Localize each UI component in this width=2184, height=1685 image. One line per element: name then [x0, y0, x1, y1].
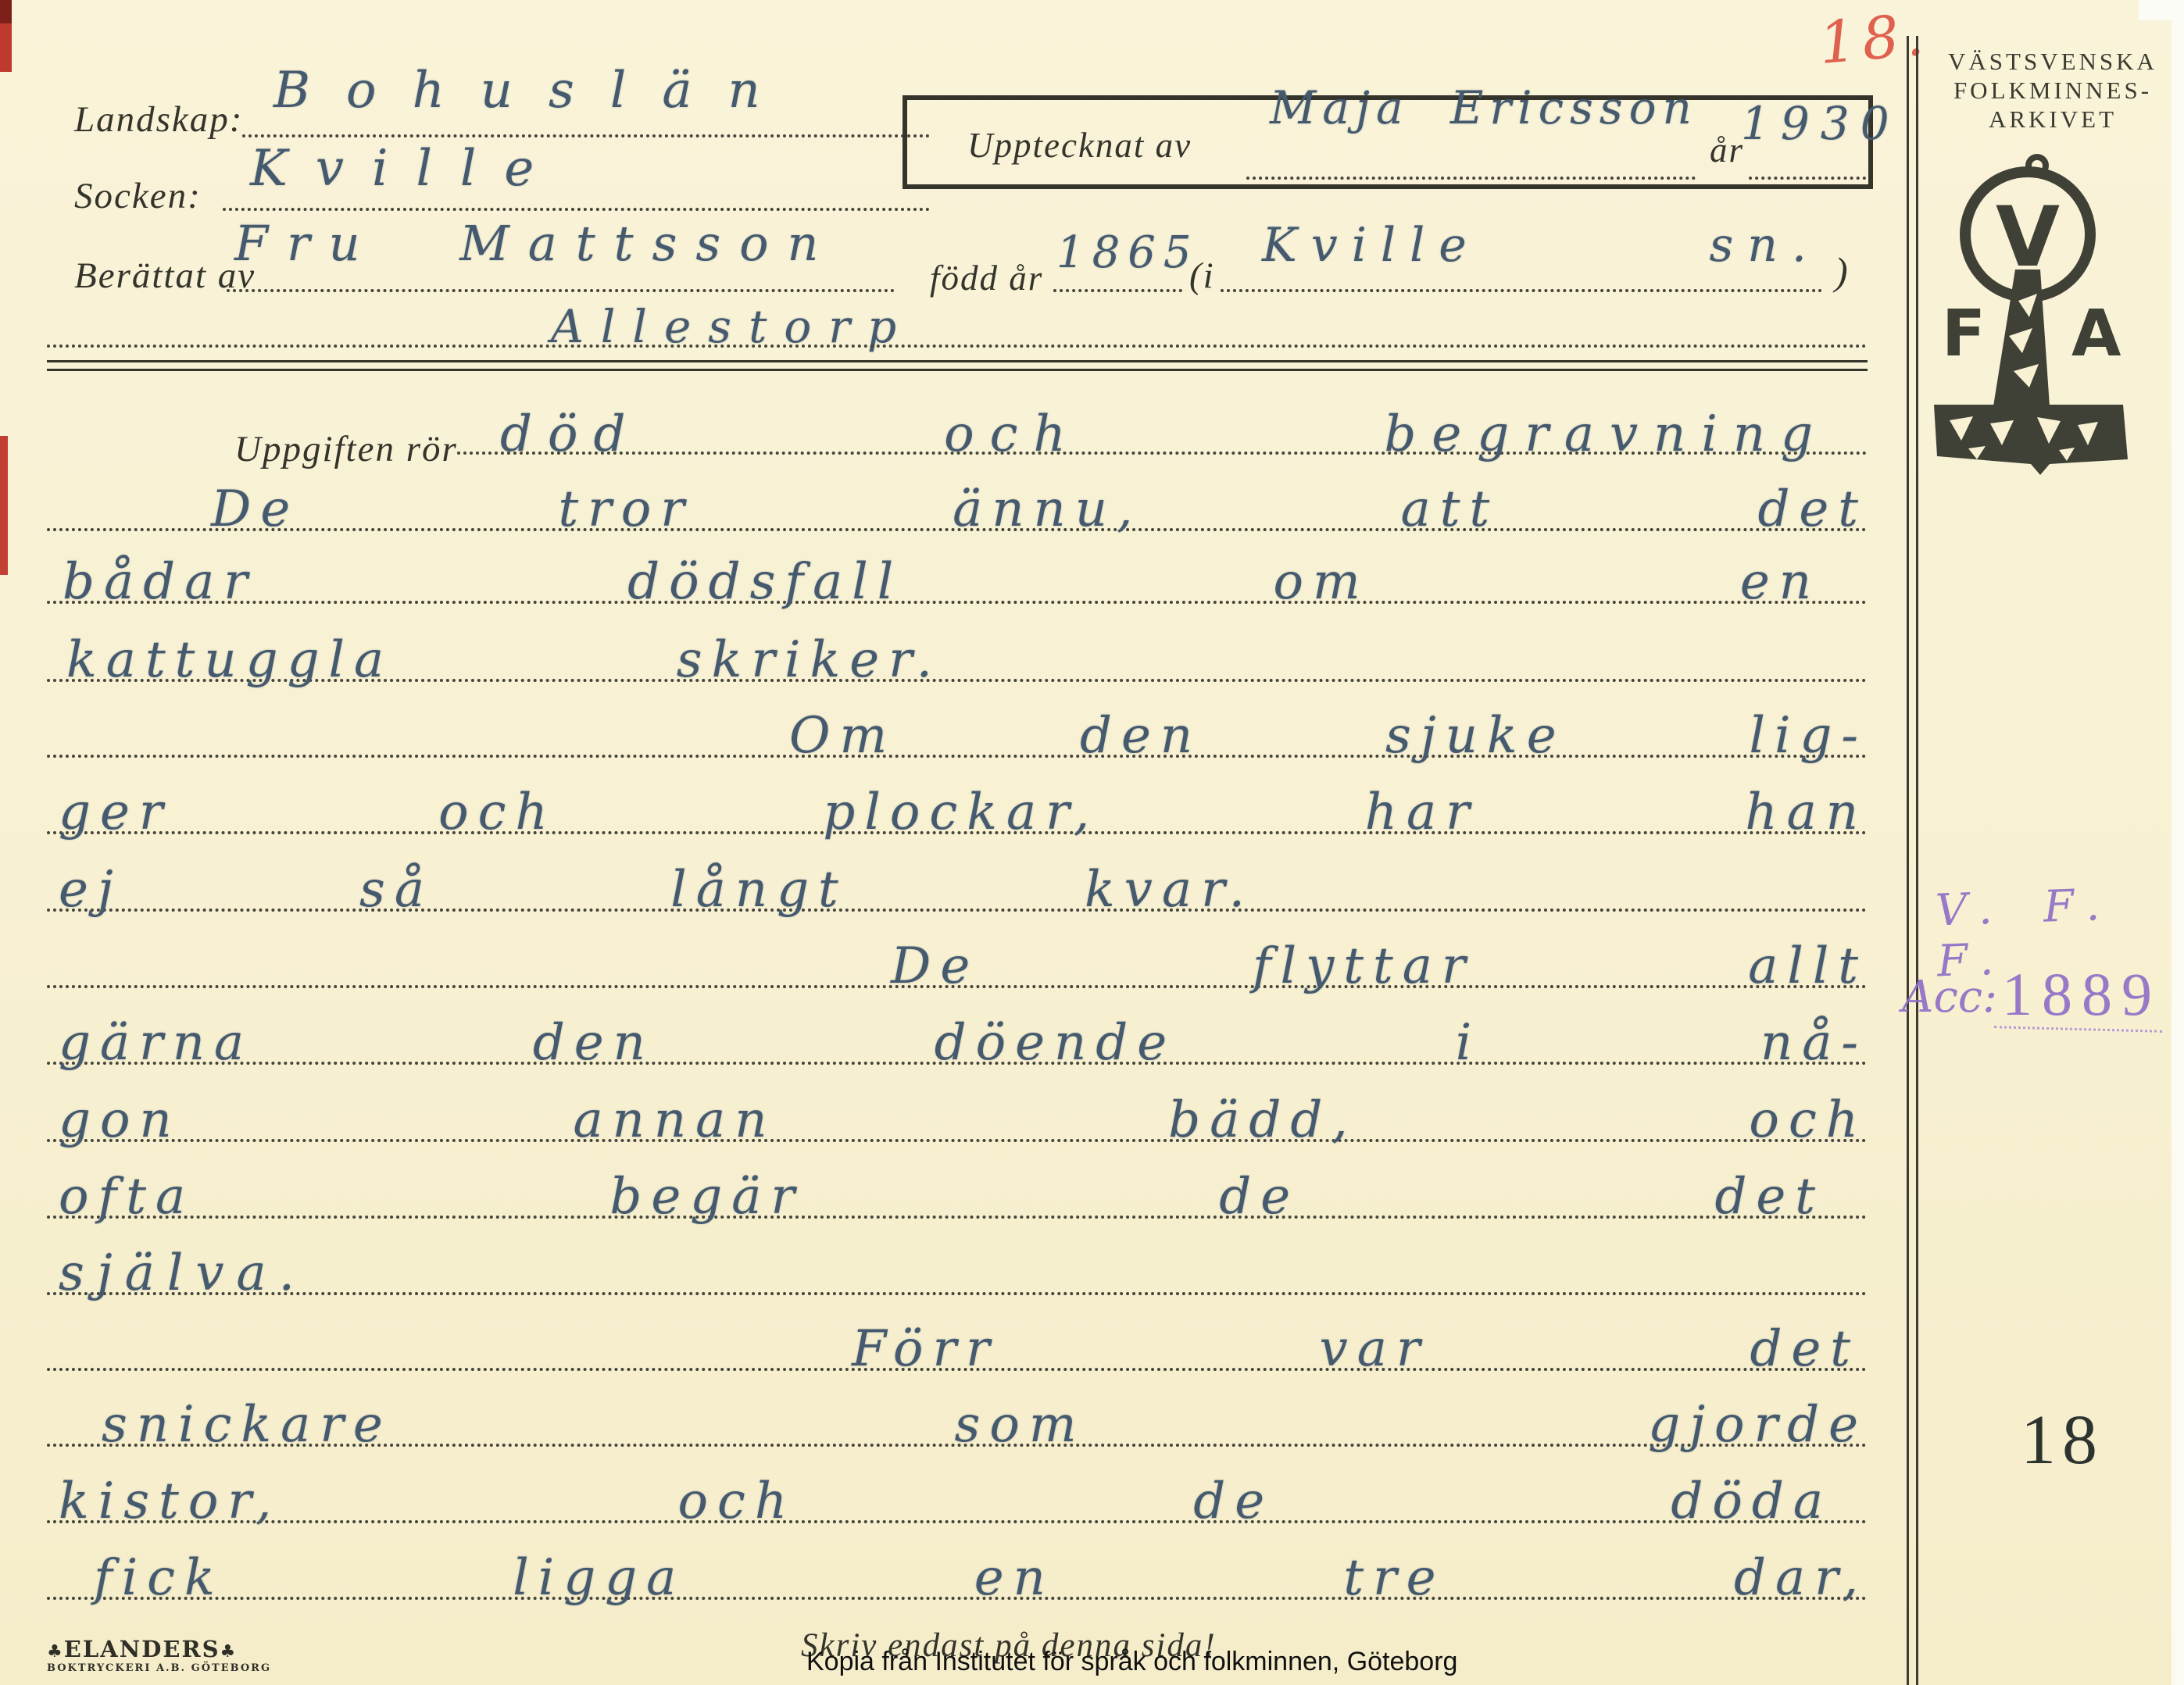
margin-rule: [1907, 36, 1909, 1685]
printer-ornament-icon: ♣: [220, 1641, 238, 1662]
handwritten-line: gon annan bädd, och: [59, 1092, 1868, 1148]
stamp-acc-label: Acc:: [1902, 972, 1997, 1023]
ruled-line: [1221, 289, 1822, 292]
upptecknat-value: Maja Ericsson: [1270, 80, 1698, 136]
ruled-line: [223, 208, 930, 211]
berattat-value: Fru Mattsson: [234, 216, 837, 272]
handwritten-line: ofta begär de det: [59, 1169, 1825, 1225]
page-number: 18: [2021, 1400, 2104, 1480]
paren-close: ): [1835, 248, 1850, 294]
fodd-label: född år: [930, 258, 1043, 298]
ruled-line: [242, 134, 930, 137]
handwritten-line: De flyttar allt: [891, 938, 1868, 994]
printer-name: ELANDERS: [64, 1636, 220, 1662]
handwritten-line: ej så långt kvar.: [59, 862, 1254, 918]
handwritten-line: kattuggla skriker.: [66, 632, 942, 688]
landskap-label: Landskap:: [74, 98, 243, 141]
socken-label: Socken:: [74, 175, 202, 217]
handwritten-line: fick ligga en tre dar,: [94, 1550, 1868, 1606]
archive-name-line2: FOLKMINNES-: [1924, 76, 2182, 105]
logo-letter-f: F: [1942, 297, 1986, 371]
handwritten-line: Om den sjuke lig-: [789, 708, 1868, 764]
handwritten-line: snickare som gjorde: [102, 1397, 1868, 1453]
year-label: år: [1710, 130, 1744, 170]
ruled-line: [47, 1292, 1868, 1295]
uppgiften-label: Uppgiften rör: [234, 428, 458, 470]
scan-artifact: [2171, 0, 2184, 1685]
handwritten-line: Förr var det: [852, 1321, 1860, 1377]
printer-detail: BOKTRYCKERI A.B. GÖTEBORG: [47, 1662, 271, 1674]
archive-name-line1: VÄSTSVENSKA: [1924, 47, 2182, 76]
handwritten-line: ger och plockar, har han: [59, 784, 1868, 841]
double-rule: [47, 360, 1868, 371]
uppgiften-value: död och begravning: [500, 406, 1828, 462]
archive-name: VÄSTSVENSKA FOLKMINNES- ARKIVET: [1924, 47, 2182, 134]
ruled-line: [1749, 177, 1866, 180]
socken-value: Kville: [250, 141, 562, 197]
scan-artifact: [2139, 0, 2184, 20]
printer-ornament-icon: ♣: [47, 1641, 64, 1662]
printer-mark: ♣ELANDERS♣ BOKTRYCKERI A.B. GÖTEBORG: [47, 1636, 271, 1674]
ruled-line: [227, 289, 895, 292]
handwritten-line: kistor, och de döda: [59, 1473, 1832, 1530]
scan-artifact: [0, 436, 8, 575]
handwritten-line: De tror ännu, att det: [211, 481, 1868, 537]
ruled-line: [1246, 177, 1696, 180]
handwritten-line: bådar dödsfall om en: [63, 554, 1821, 610]
archive-logo-thors-hammer-icon: V F A: [1918, 148, 2161, 492]
red-page-number: 18.: [1817, 6, 1932, 72]
scanned-document: 18. Landskap: Bohuslän Socken: Kville Up…: [0, 0, 2184, 1685]
archive-name-line3: ARKIVET: [1924, 105, 2182, 134]
handwritten-line: gärna den döende i nå-: [59, 1015, 1868, 1071]
scan-artifact: [0, 0, 12, 23]
copy-note: Kopia från Institutet för språk och folk…: [806, 1647, 1457, 1677]
logo-letter-a: A: [2071, 297, 2121, 371]
ruled-line: [1053, 289, 1182, 292]
upptecknat-label: Upptecknat av: [967, 125, 1192, 166]
landskap-value: Bohuslän: [273, 62, 796, 119]
stamp-acc-number: 1889: [2002, 959, 2161, 1030]
fodd-value: 1865: [1056, 225, 1199, 281]
year-value: 1930: [1741, 95, 1900, 152]
handwritten-line: själva.: [59, 1245, 307, 1301]
paren-open: (i: [1189, 255, 1215, 297]
ruled-line: [47, 344, 1868, 348]
birthplace-value: Kville sn.: [1262, 217, 1821, 273]
